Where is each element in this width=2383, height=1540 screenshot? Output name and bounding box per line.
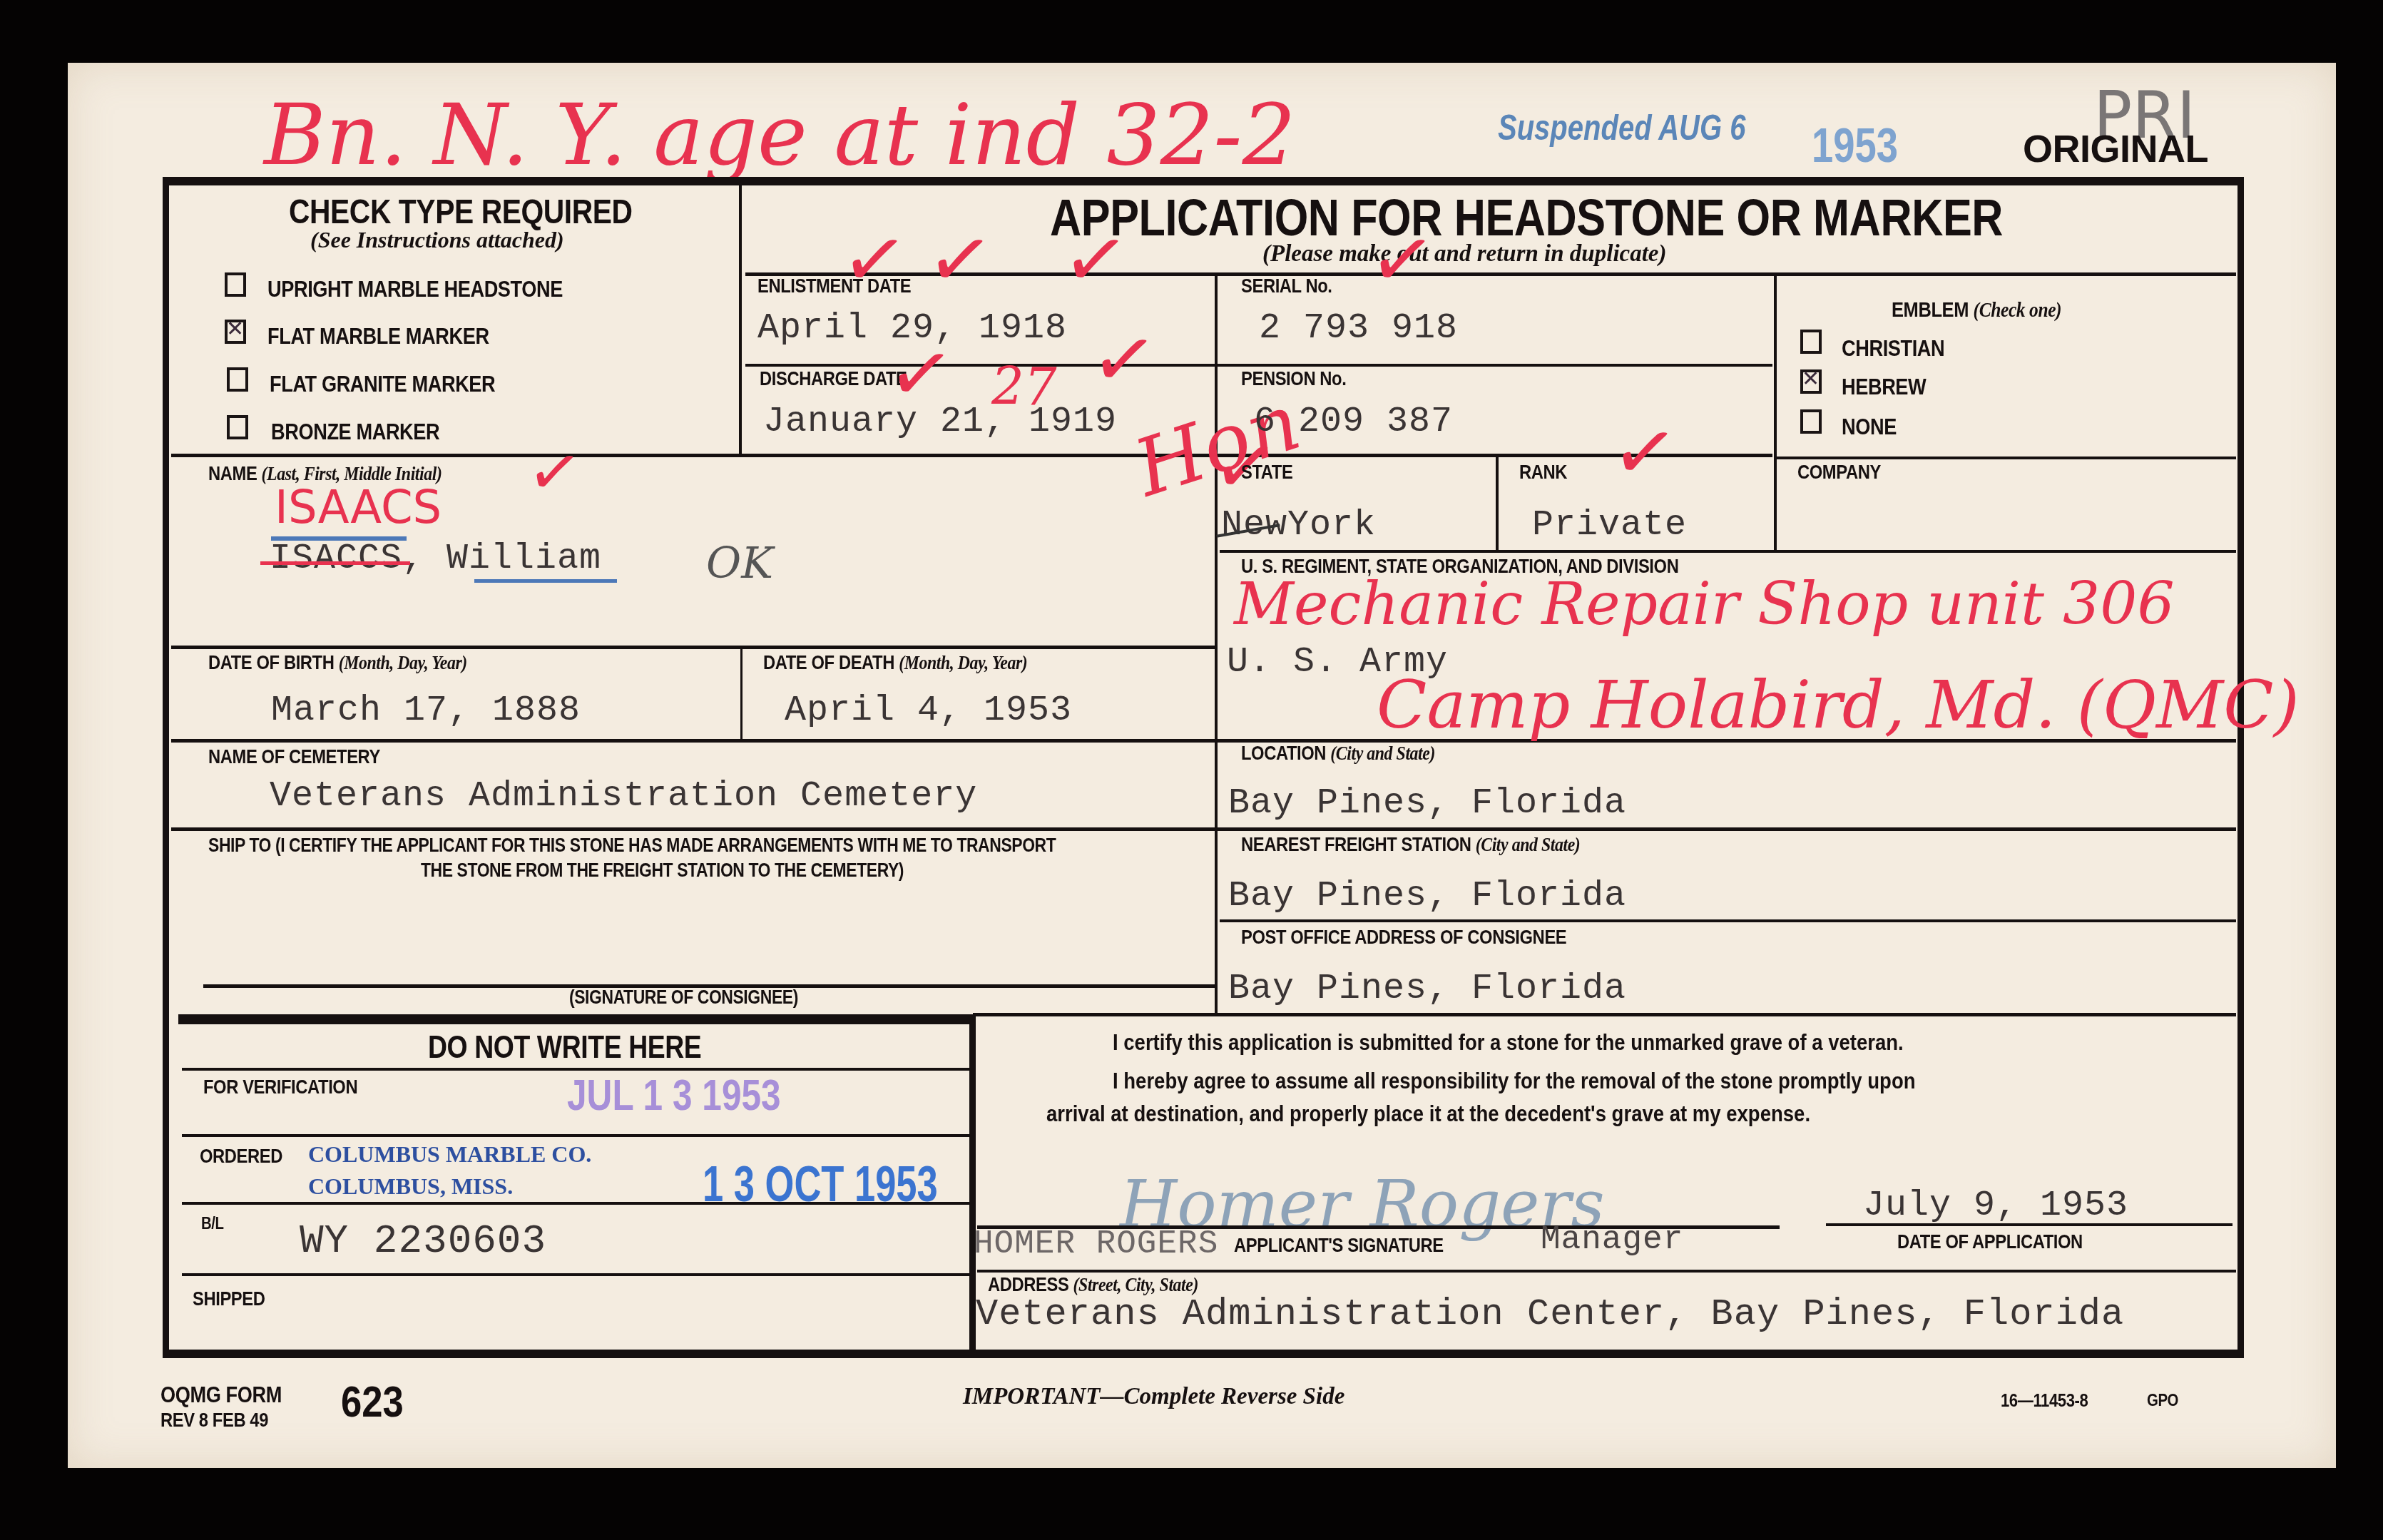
ordered-label: ORDERED: [200, 1145, 282, 1168]
emblem-option-none: NONE: [1842, 414, 1897, 440]
check-type-subtitle: (See Instructions attached): [310, 227, 564, 253]
print-code: 16—11453-8: [2001, 1389, 2088, 1412]
office-use-title: DO NOT WRITE HERE: [428, 1030, 701, 1066]
shipped-label: SHIPPED: [193, 1287, 265, 1310]
verification-label: FOR VERIFICATION: [203, 1076, 357, 1098]
original-label: ORIGINAL: [2023, 127, 2208, 171]
date-of-birth-value: March 17, 1888: [271, 690, 581, 731]
checkbox-bronze-marker[interactable]: [227, 415, 248, 439]
suspended-stamp: Suspended AUG 6: [1498, 107, 1745, 148]
company-label: COMPANY: [1797, 461, 1881, 484]
date-of-death-label: DATE OF DEATH (Month, Day, Year): [763, 651, 1027, 675]
option-flat-granite-marker: FLAT GRANITE MARKER: [270, 371, 495, 397]
form-subtitle: (Please make out and return in duplicate…: [1262, 241, 1667, 267]
certification-line-2: I hereby agree to assume all responsibil…: [1113, 1068, 1915, 1094]
pension-no-label: PENSION No.: [1241, 367, 1346, 390]
certification-line-3: arrival at destination, and properly pla…: [1046, 1101, 1810, 1127]
check-type-title: CHECK TYPE REQUIRED: [289, 193, 633, 232]
date-of-application-label: DATE OF APPLICATION: [1897, 1230, 2083, 1253]
rule: [182, 1202, 970, 1205]
rule: [171, 827, 2236, 831]
checkbox-none[interactable]: [1800, 409, 1822, 434]
suspended-stamp-year: 1953: [1812, 118, 1898, 173]
ship-to-label-line2: THE STONE FROM THE FREIGHT STATION TO TH…: [421, 860, 904, 882]
red-check-mark: ✓: [523, 432, 586, 513]
freight-station-label: NEAREST FREIGHT STATION (City and State): [1241, 833, 1580, 857]
option-upright-marble-headstone: UPRIGHT MARBLE HEADSTONE: [267, 276, 563, 302]
applicant-title: Manager: [1541, 1221, 1683, 1258]
location-value: Bay Pines, Florida: [1228, 783, 1626, 824]
form-id-line1: OQMG FORM: [160, 1382, 282, 1408]
date-of-death-value: April 4, 1953: [785, 690, 1072, 731]
checkbox-upright-marble-headstone[interactable]: [225, 272, 246, 297]
rule: [1220, 919, 2236, 922]
emblem-title: EMBLEM (Check one): [1892, 298, 2061, 322]
freight-station-value: Bay Pines, Florida: [1228, 876, 1626, 917]
bl-value: WY 2230603: [300, 1218, 546, 1264]
form-id-line2: REV 8 FEB 49: [160, 1409, 268, 1432]
rule: [171, 454, 1772, 457]
name-value: ISACCS, William: [270, 539, 601, 579]
date-of-birth-label: DATE OF BIRTH (Month, Day, Year): [208, 651, 467, 675]
gpo-label: GPO: [2147, 1391, 2178, 1411]
state-label: STATE: [1241, 461, 1292, 484]
cemetery-value: Veterans Administration Cemetery: [270, 776, 977, 817]
red-check-mark: ✓: [1364, 210, 1441, 310]
name-underline-blue: [474, 579, 617, 583]
applicant-typed-name: HOMER ROGERS: [974, 1225, 1218, 1263]
important-note: IMPORTANT—Complete Reverse Side: [963, 1384, 1344, 1410]
divider: [740, 646, 743, 739]
form-title: APPLICATION FOR HEADSTONE OR MARKER: [1050, 189, 2003, 248]
checkbox-hebrew[interactable]: [1800, 369, 1822, 394]
name-correction: ISAACS: [275, 481, 442, 534]
red-check-mark: ✓: [836, 210, 914, 310]
certification-line-1: I certify this application is submitted …: [1113, 1029, 1904, 1056]
regiment-handwritten-camp: Camp Holabird, Md. (QMC): [1377, 667, 2300, 743]
option-flat-marble-marker: FLAT MARBLE MARKER: [267, 323, 489, 350]
discharge-date-label: DISCHARGE DATE: [760, 367, 907, 390]
handwritten-birthplace-age-note: Bn. N. Y. age at ind 32-2: [264, 86, 1296, 184]
verification-stamp: JUL 1 3 1953: [567, 1070, 781, 1121]
rule: [1776, 457, 2236, 459]
rule: [182, 1273, 970, 1276]
applicant-signature-label: APPLICANT'S SIGNATURE: [1234, 1234, 1444, 1257]
location-label: LOCATION (City and State): [1241, 742, 1435, 765]
bl-label: B/L: [201, 1214, 224, 1234]
date-of-application-value: July 9, 1953: [1863, 1185, 2128, 1226]
rule: [1220, 550, 2236, 553]
post-office-label: POST OFFICE ADDRESS OF CONSIGNEE: [1241, 926, 1566, 949]
divider: [1774, 274, 1777, 552]
serial-no-value: 2 793 918: [1259, 308, 1458, 349]
address-value: Veterans Administration Center, Bay Pine…: [976, 1293, 2124, 1335]
divider: [739, 180, 742, 457]
checkbox-flat-marble-marker[interactable]: [225, 320, 246, 344]
red-check-mark: ✓: [922, 210, 999, 310]
name-strike-red: [260, 561, 410, 565]
serial-no-label: SERIAL No.: [1241, 275, 1332, 297]
rank-value: Private: [1532, 505, 1687, 546]
rule: [973, 1013, 2236, 1016]
pension-no-value: 6 209 387: [1254, 402, 1453, 442]
post-office-value: Bay Pines, Florida: [1228, 969, 1626, 1009]
red-check-mark: ✓: [882, 324, 960, 424]
red-check-mark: ✓: [1606, 402, 1684, 502]
red-check-mark: ✓: [1057, 210, 1135, 310]
consignee-signature-label: (SIGNATURE OF CONSIGNEE): [569, 986, 798, 1009]
ship-to-label: SHIP TO (I CERTIFY THE APPLICANT FOR THI…: [208, 835, 1056, 857]
checkbox-christian[interactable]: [1800, 330, 1822, 354]
discharge-correction: 27: [991, 357, 1057, 417]
state-value: NewYork: [1221, 505, 1376, 546]
ordered-stamp-line1: COLUMBUS MARBLE CO.: [308, 1141, 591, 1168]
emblem-option-hebrew: HEBREW: [1842, 374, 1926, 400]
regiment-handwritten-unit: Mechanic Repair Shop unit 306: [1234, 571, 2175, 638]
cemetery-label: NAME OF CEMETERY: [208, 745, 380, 768]
ordered-stamp-line2: COLUMBUS, MISS.: [308, 1173, 513, 1200]
form-number: 623: [341, 1377, 404, 1427]
divider: [1496, 457, 1499, 553]
emblem-option-christian: CHRISTIAN: [1842, 335, 1944, 362]
date-line: [1826, 1223, 2233, 1226]
pencil-initials: OK: [706, 539, 773, 588]
checkbox-flat-granite-marker[interactable]: [227, 367, 248, 392]
divider: [1215, 274, 1218, 1016]
option-bronze-marker: BRONZE MARKER: [271, 419, 439, 445]
red-check-mark: ✓: [1086, 310, 1163, 409]
rule: [977, 1270, 2236, 1273]
rule: [171, 646, 1216, 649]
rank-label: RANK: [1519, 461, 1567, 484]
rule: [182, 1134, 970, 1137]
